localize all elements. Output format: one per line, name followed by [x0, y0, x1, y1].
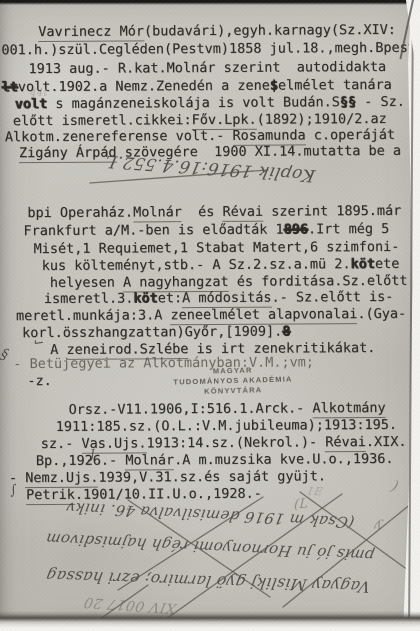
- catalog-card: Vavrinecz Mór(budavári),egyh.karnagy(Sz.…: [0, 0, 420, 631]
- handwritten-crossed-line-approx: pmis jó ju Hornonyomi régh hajmisdivom: [38, 529, 381, 565]
- section-mark: §: [0, 347, 10, 363]
- handwritten-citation-note-approx: Koplik 1916:16.4.552.L: [83, 149, 337, 186]
- insert-mark: ¬: [33, 333, 44, 350]
- pencil-shelfmark-approx: XIV 0017 20: [54, 592, 207, 618]
- overtype-ghost: 44t: [30, 87, 49, 99]
- insert-mark: J: [90, 446, 96, 461]
- handwritten-crossed-line-approx: Vagyay Mislikj gyö larmiro; ezri hassag: [17, 565, 400, 596]
- handwritten-crossed-line-approx: (Csak m 1916 demisilvalva 46. inikv: [53, 498, 366, 532]
- pencil-mark: 1E: [306, 485, 325, 499]
- pencil-mark: ): [389, 477, 402, 495]
- pencil-mark: y: [372, 518, 383, 534]
- pencil-mark: (L: [294, 496, 309, 512]
- check-mark: ∫: [10, 482, 18, 499]
- handwriting-layer: Koplik 1916:16.4.552.L(Csak m 1916 demis…: [0, 0, 420, 631]
